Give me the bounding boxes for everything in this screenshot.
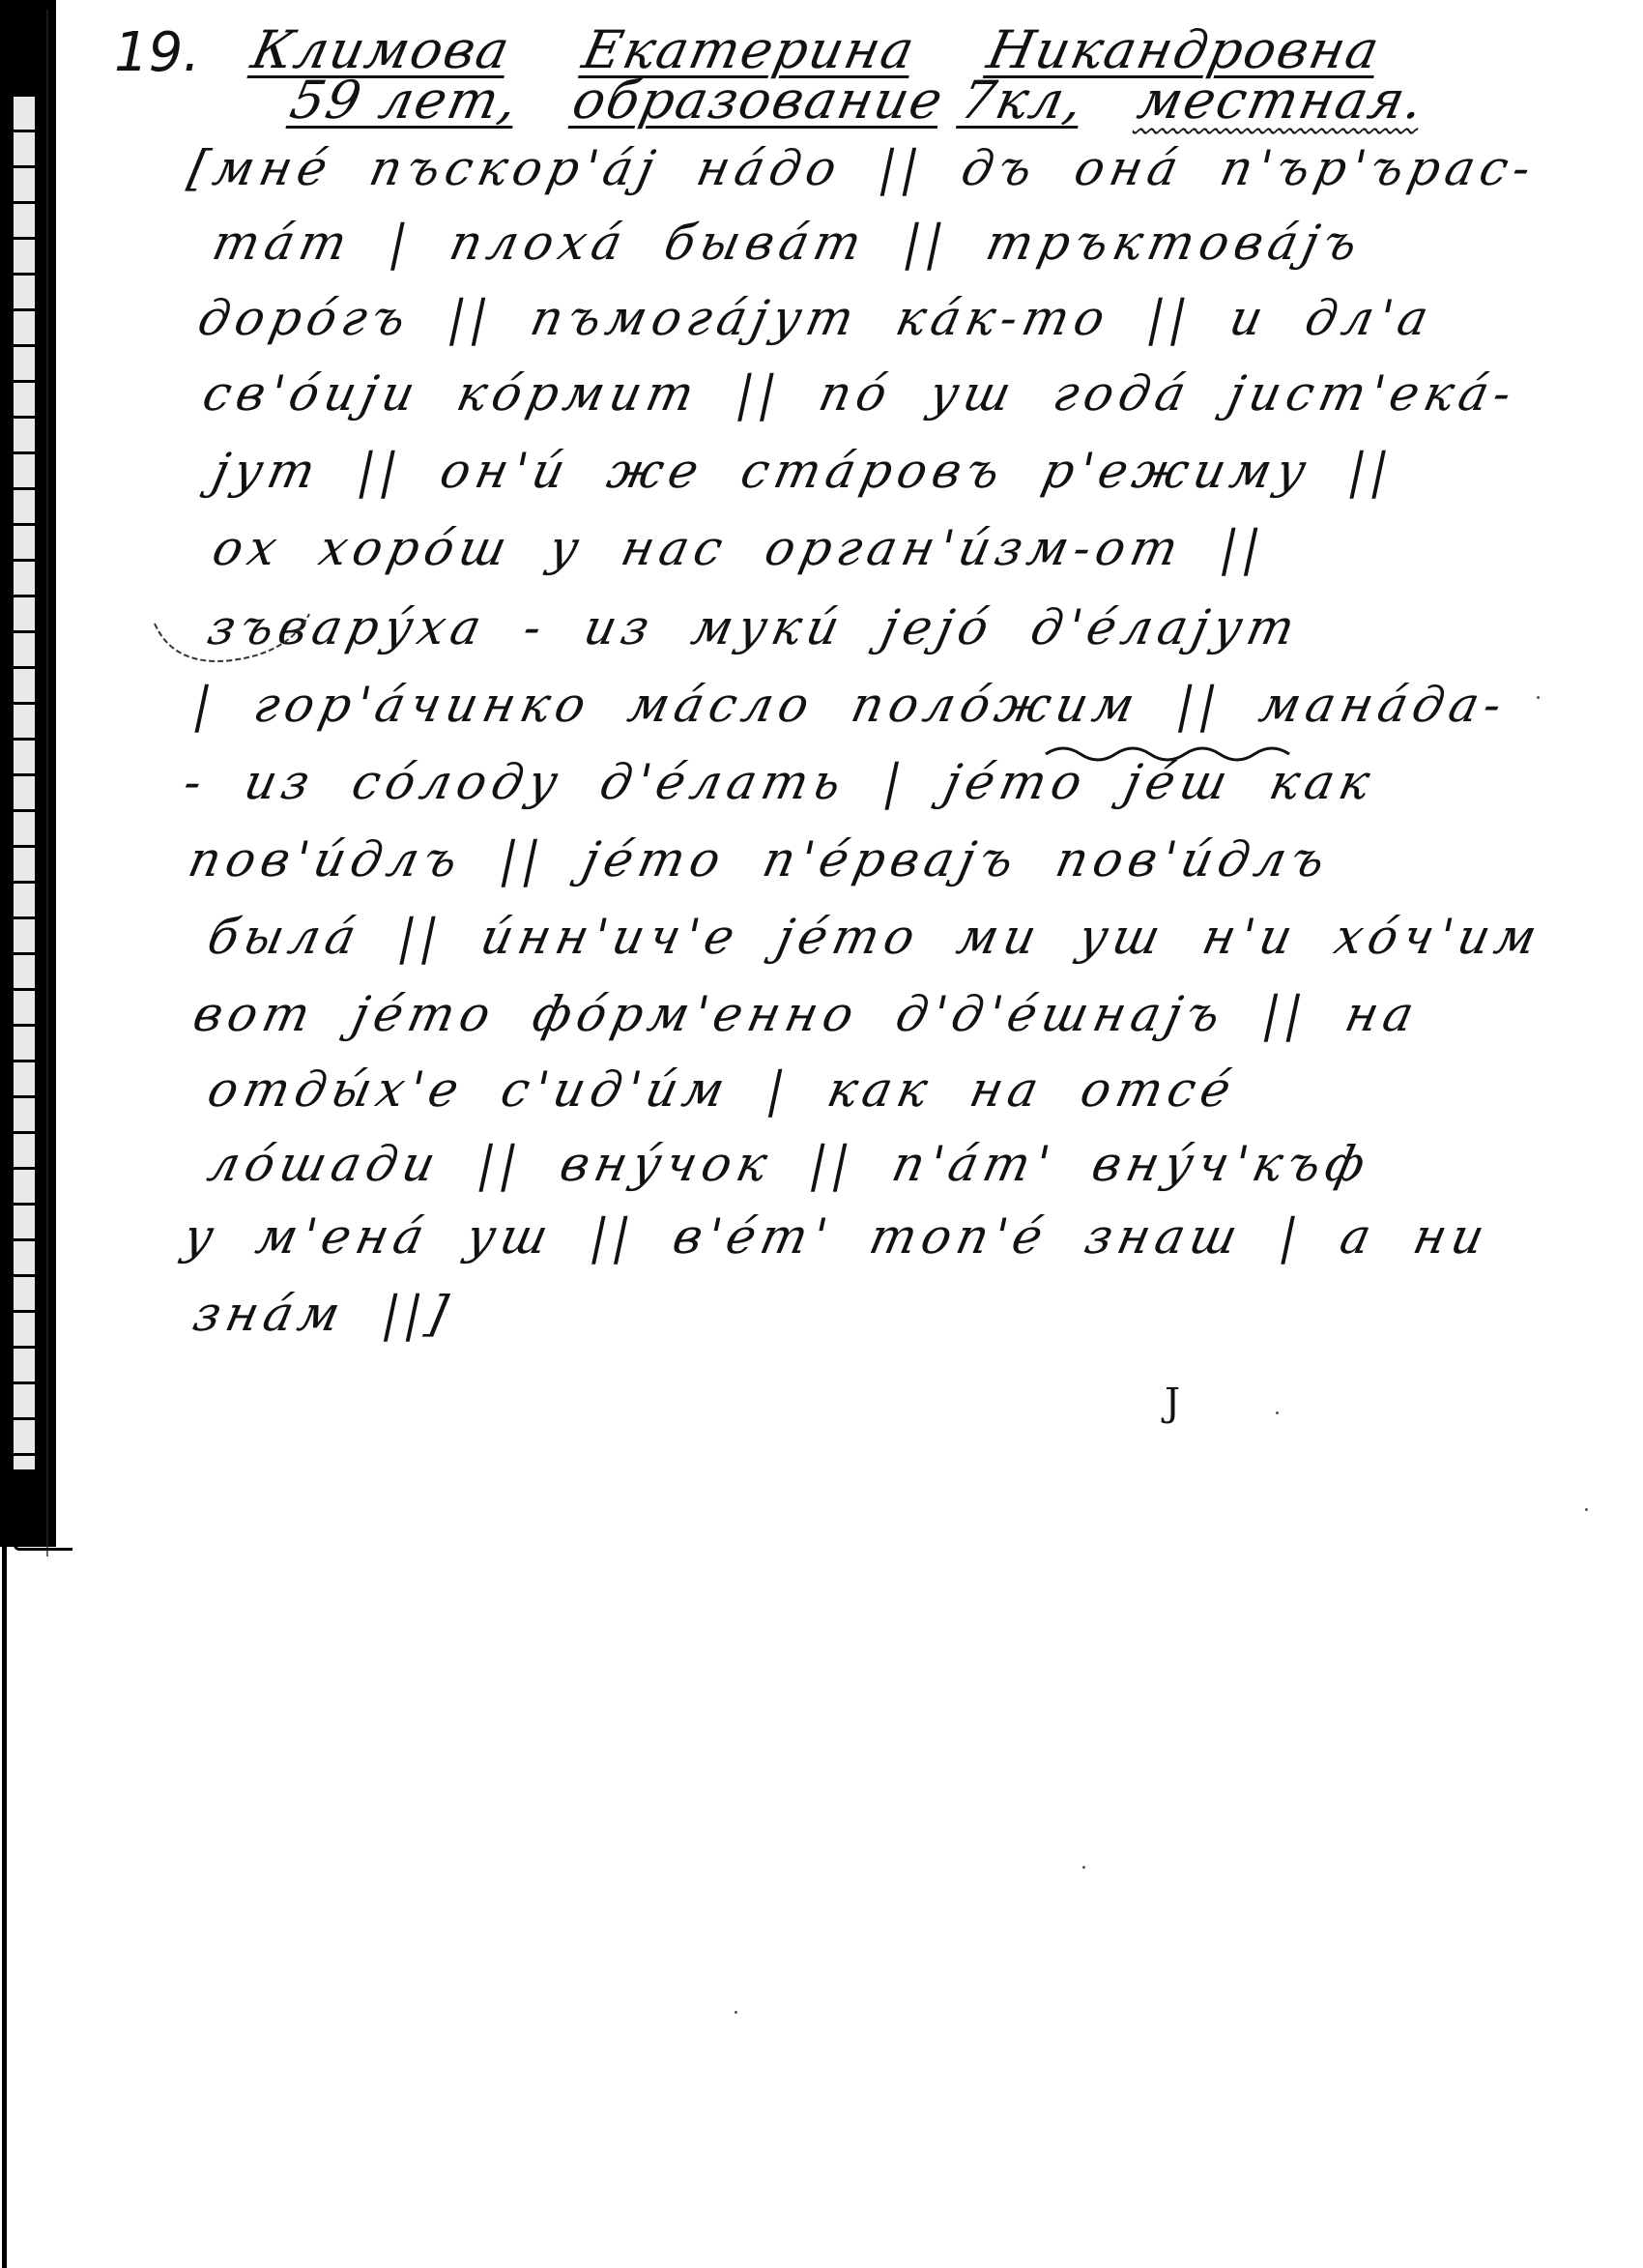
scan-speck: [735, 2011, 737, 2014]
bracket-curve-mark: [145, 595, 319, 672]
origin: местная.: [1133, 70, 1430, 131]
transcript-line: у м'ена́ уш || в'е́т' топ'е́ знаш | а ни: [179, 1208, 1495, 1265]
transcript-line: [мне́ пъскор'а́j на́до || дъ она́ п'ър'ъ…: [184, 140, 1542, 196]
scan-speck: [1082, 1866, 1085, 1869]
transcript-line: зна́м ||]: [188, 1286, 458, 1342]
transcript-line: | гор'а́чинко ма́сло поло́жим || мана́да…: [188, 677, 1513, 733]
informant-details: 59 лет, образование 7кл, местная.: [285, 70, 1430, 131]
transcript-line: ло́шади || вну́чок || п'а́т' вну́ч'къф: [203, 1136, 1375, 1192]
scan-speck: [1537, 696, 1540, 699]
margin-mark: J: [1165, 1381, 1180, 1425]
binding-fold: [14, 1542, 72, 1551]
entry-number: 19.: [114, 21, 200, 84]
binding-grid-pattern: [12, 97, 37, 1469]
scan-speck: [1585, 1508, 1588, 1511]
scanned-page: 19. Климова Екатерина Никандровна 59 лет…: [0, 0, 1643, 2268]
education-label: образование: [567, 70, 950, 131]
binding-edge: [37, 0, 44, 1508]
transcript-line: была́ || и́нн'ич'е jе́то ми уш н'и хо́ч'…: [203, 909, 1547, 965]
binding-margin-line: [46, 10, 48, 1556]
transcript-line: пов'и́длъ || jе́то п'е́рваjъ пов'и́длъ: [184, 831, 1336, 887]
wavy-underline-mark: [1044, 742, 1295, 766]
transcript-line-text: | гор'а́чинко ма́сло поло́жим || мана́да…: [188, 677, 1513, 733]
transcript-line: jут || он'и́ же ста́ровъ р'ежиму ||: [208, 443, 1399, 499]
transcript-line: зъвару́ха - из муки́ jejо́ д'е́лаjут: [203, 599, 1306, 655]
transcript-line: ох хоро́ш у нас орган'и́зм-от ||: [208, 520, 1272, 576]
scan-speck: [1276, 1411, 1279, 1414]
transcript-line: та́т | плоха́ быва́т || тръктова́jъ: [208, 215, 1369, 271]
transcript-line: доро́гъ || пъмога́jут ка́к-то || и дл'а: [193, 290, 1439, 346]
transcript-line: отды́х'е с'ид'и́м | как на отсе́: [203, 1061, 1242, 1118]
age: 59 лет,: [285, 70, 525, 131]
transcript-line: св'о́иjи ко́рмит || по́ уш года́ jист'ек…: [198, 365, 1522, 422]
transcript-line: вот jе́то фо́рм'енно д'д'е́шнаjъ || на: [188, 986, 1425, 1042]
education-value: 7кл,: [955, 70, 1090, 131]
